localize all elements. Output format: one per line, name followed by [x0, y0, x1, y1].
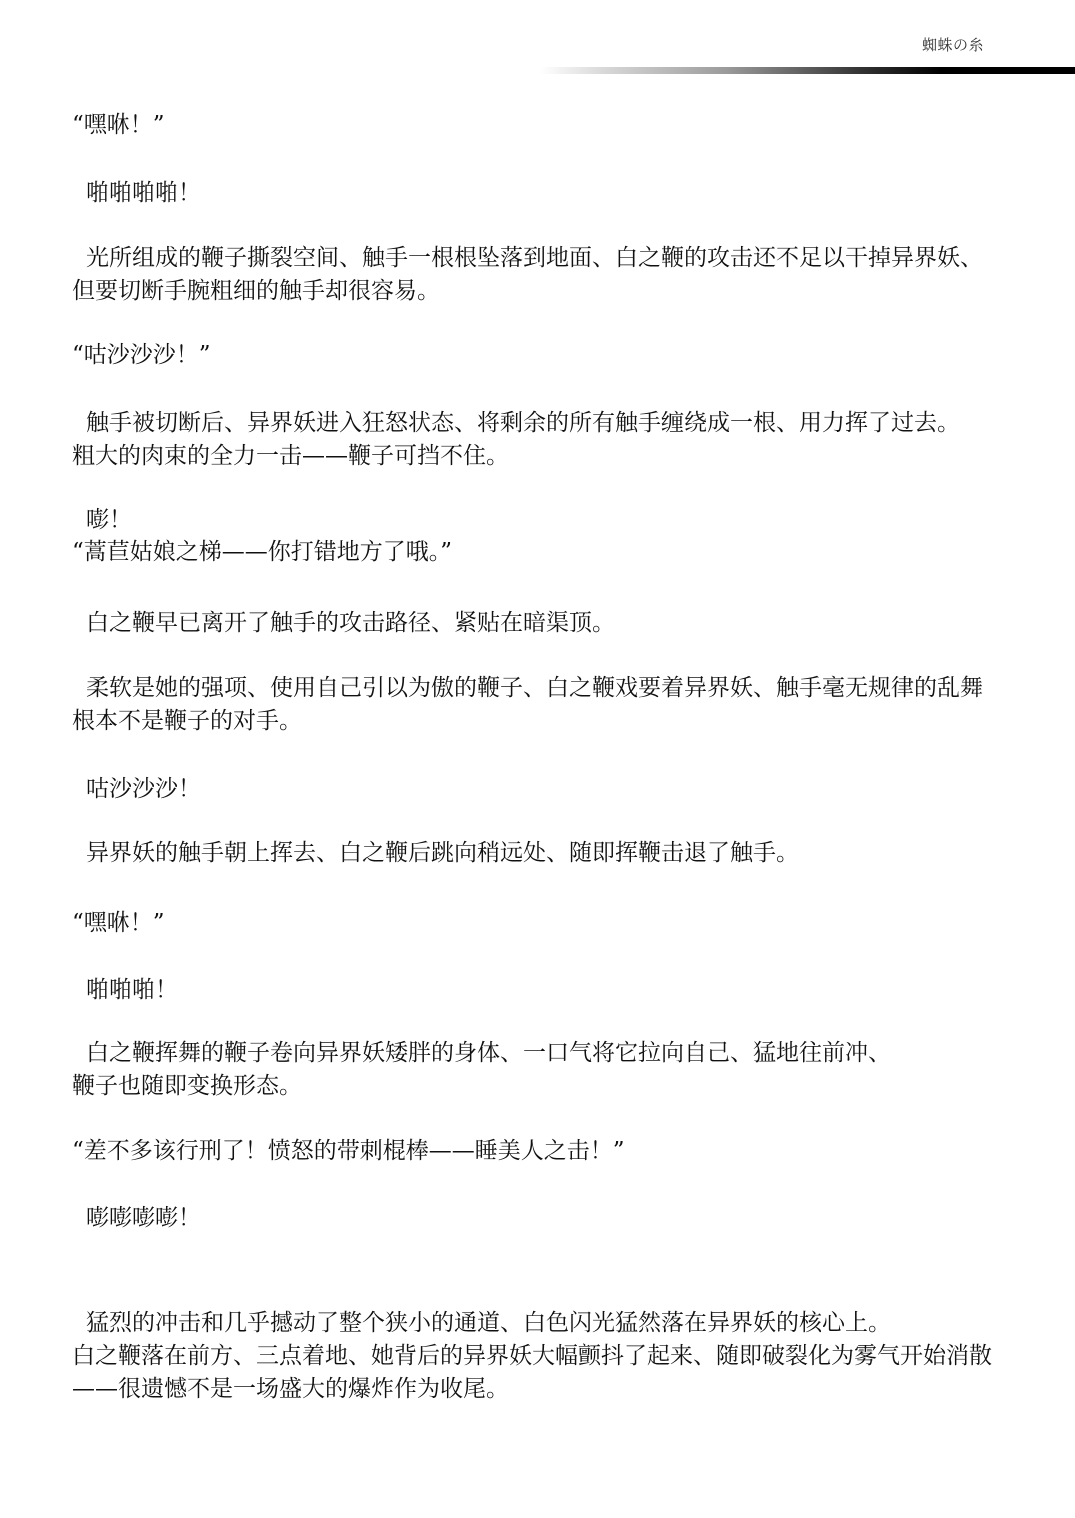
text-line: 鞭子也随即变换形态。 — [72, 1071, 302, 1101]
text-line: “嘿咻！” — [72, 908, 165, 938]
header-gradient-rule — [540, 67, 1075, 74]
text-line: 嘭！ — [86, 505, 132, 535]
text-line: 猛烈的冲击和几乎撼动了整个狭小的通道、白色闪光猛然落在异界妖的核心上。 — [86, 1308, 891, 1338]
running-header-title: 蜘蛛の糸 — [922, 34, 984, 55]
text-line: 啪啪啪啪！ — [86, 178, 201, 208]
text-line: 啪啪啪！ — [86, 975, 178, 1005]
text-line: 嘭嘭嘭嘭！ — [86, 1203, 201, 1233]
text-line: 白之鞭落在前方、三点着地、她背后的异界妖大幅颤抖了起来、随即破裂化为雾气开始消散 — [72, 1341, 992, 1371]
text-line: 柔软是她的强项、使用自己引以为傲的鞭子、白之鞭戏要着异界妖、触手毫无规律的乱舞 — [86, 673, 983, 703]
text-line: 根本不是鞭子的对手。 — [72, 706, 302, 736]
text-line: “蒿苣姑娘之梯——你打错地方了哦。” — [72, 537, 452, 567]
text-line: 光所组成的鞭子撕裂空间、触手一根根坠落到地面、白之鞭的攻击还不足以干掉异界妖、 — [86, 243, 983, 273]
text-line: 粗大的肉束的全力一击——鞭子可挡不住。 — [72, 441, 509, 471]
text-line: 异界妖的触手朝上挥去、白之鞭后跳向稍远处、随即挥鞭击退了触手。 — [86, 838, 799, 868]
text-line: ——很遗憾不是一场盛大的爆炸作为收尾。 — [72, 1374, 509, 1404]
text-line: 白之鞭早已离开了触手的攻击路径、紧贴在暗渠顶。 — [86, 608, 615, 638]
text-line: “咕沙沙沙！” — [72, 340, 211, 370]
text-line: 触手被切断后、异界妖进入狂怒状态、将剩余的所有触手缠绕成一根、用力挥了过去。 — [86, 408, 960, 438]
text-line: 咕沙沙沙！ — [86, 774, 201, 804]
text-line: “差不多该行刑了！愤怒的带刺棍棒——睡美人之击！” — [72, 1136, 625, 1166]
text-line: 但要切断手腕粗细的触手却很容易。 — [72, 276, 440, 306]
text-line: 白之鞭挥舞的鞭子卷向异界妖矮胖的身体、一口气将它拉向自己、猛地往前冲、 — [86, 1038, 891, 1068]
text-line: “嘿咻！” — [72, 110, 165, 140]
